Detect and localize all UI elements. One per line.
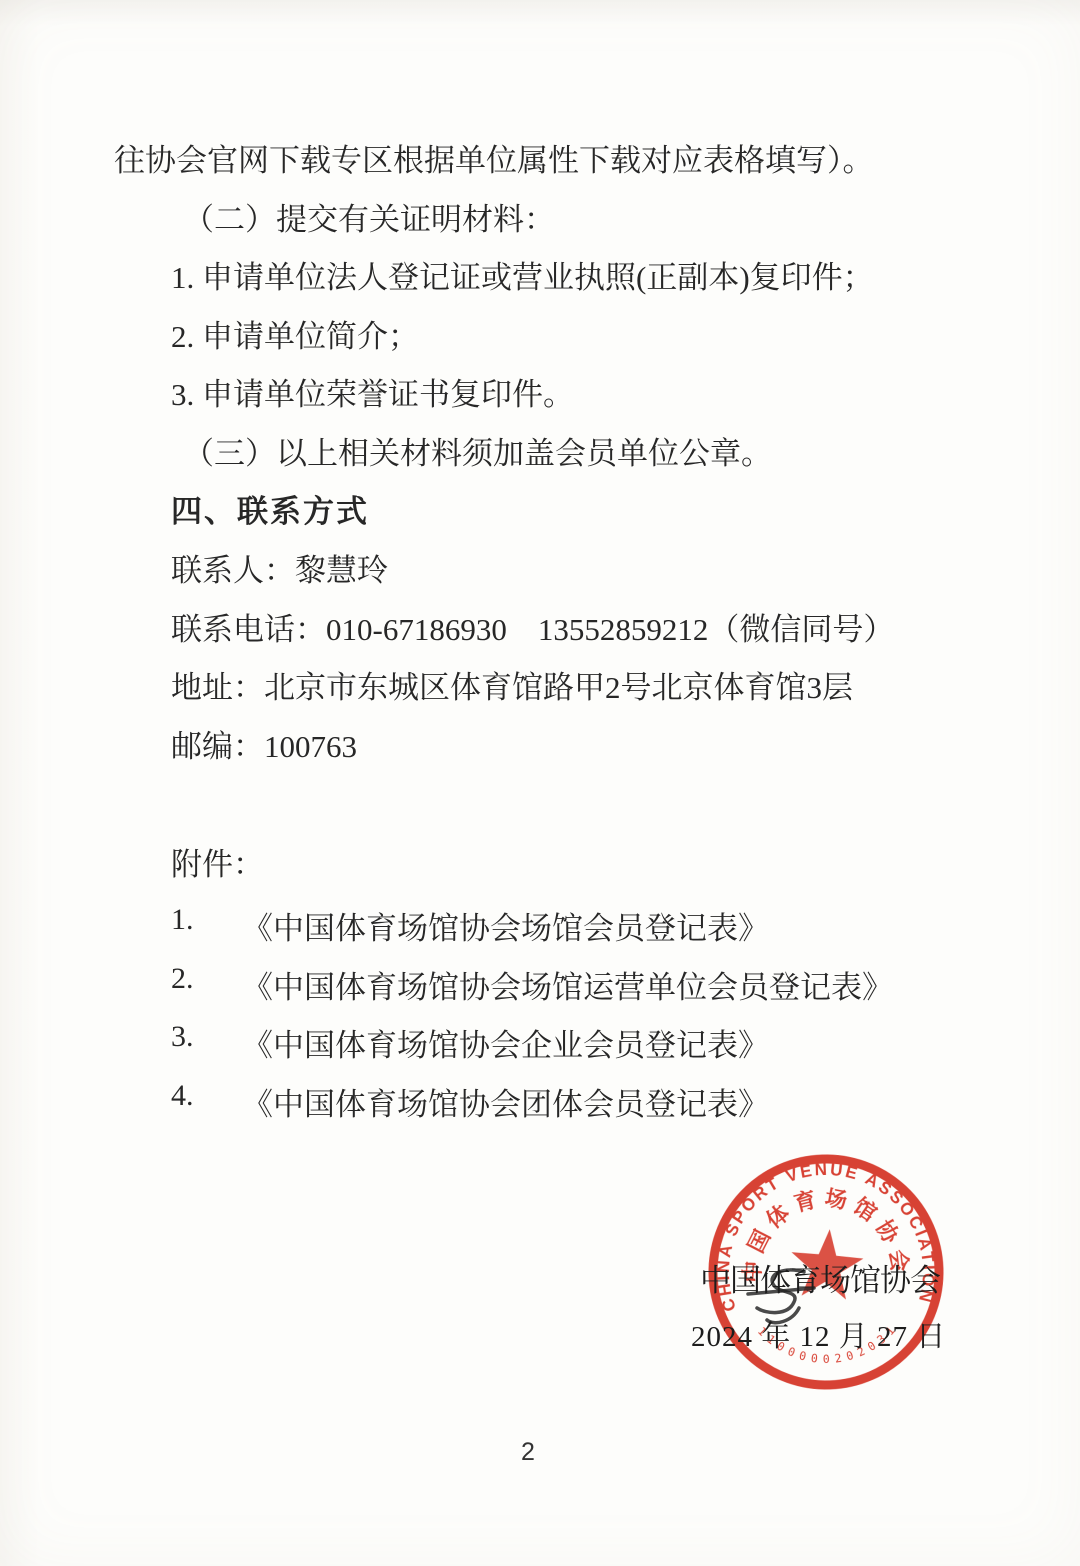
attachment-title: 《中国体育场馆协会团体会员登记表》 <box>242 1079 769 1124</box>
attachments-label: 附件： <box>171 845 264 885</box>
attachment-number: 2. <box>171 962 194 996</box>
contact-person-line: 联系人：黎慧玲 <box>171 551 388 591</box>
attachment-title: 《中国体育场馆协会企业会员登记表》 <box>242 1020 769 1065</box>
contact-address-line: 地址：北京市东城区体育馆路甲2号北京体育馆3层 <box>171 668 853 708</box>
subsection-heading-2: （二）提交有关证明材料： <box>183 200 555 240</box>
attachment-title: 《中国体育场馆协会场馆会员登记表》 <box>242 903 769 948</box>
attachment-number: 4. <box>171 1079 194 1113</box>
section-heading-contact: 四、联系方式 <box>171 492 369 532</box>
document-page: 往协会官网下载专区根据单位属性下载对应表格填写）。 （二）提交有关证明材料： 1… <box>0 0 1080 1566</box>
page-number: 2 <box>468 1438 588 1467</box>
subsection-heading-3: （三）以上相关材料须加盖会员单位公章。 <box>183 434 772 474</box>
contact-phone-line: 联系电话：010-67186930 13552859212（微信同号） <box>171 610 894 650</box>
signature-organization: 中国体育场馆协会 <box>700 1255 940 1300</box>
material-item-1: 1. 申请单位法人登记证或营业执照(正副本)复印件； <box>171 258 874 298</box>
contact-postcode-line: 邮编：100763 <box>171 727 357 767</box>
attachment-number: 3. <box>171 1020 194 1054</box>
attachment-title: 《中国体育场馆协会场馆运营单位会员登记表》 <box>242 962 893 1007</box>
attachment-number: 1. <box>171 903 194 937</box>
signature-date: 2024 年 12 月 27 日 <box>691 1314 946 1355</box>
paragraph-download-note: 往协会官网下载专区根据单位属性下载对应表格填写）。 <box>114 141 874 181</box>
material-item-3: 3. 申请单位荣誉证书复印件。 <box>171 375 574 415</box>
material-item-2: 2. 申请单位简介； <box>171 317 419 357</box>
